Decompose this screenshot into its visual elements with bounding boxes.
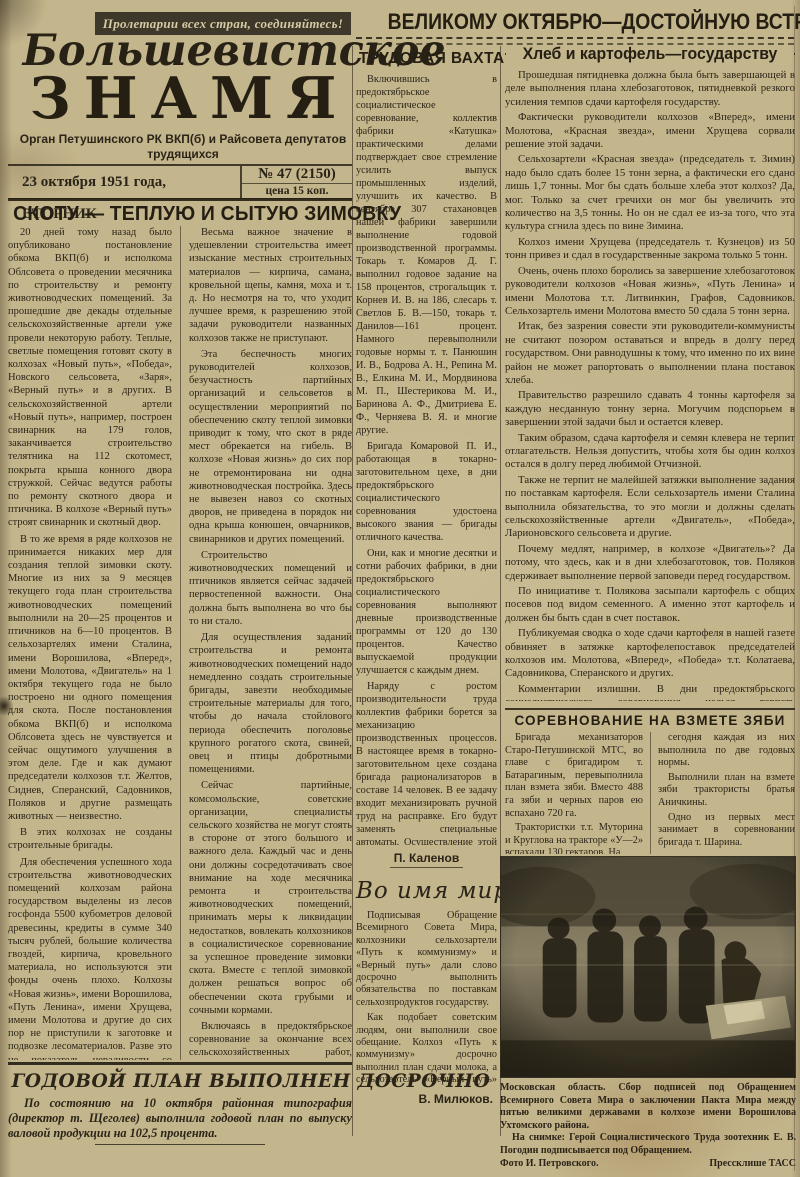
paragraph: Весьма важное значение в удешевлении стр… bbox=[189, 226, 352, 345]
paragraph: Включаясь в предоктябрьское соревнование… bbox=[189, 1020, 352, 1060]
rule-left-middle bbox=[352, 46, 353, 1136]
masthead-main-title: ЗНАМЯ bbox=[16, 70, 350, 128]
sorevnovanie-column-2-text: сегодня каждая из них выполнила по две г… bbox=[658, 732, 795, 849]
mir-body: Подписывая Обращение Всемирного Совета М… bbox=[356, 910, 497, 1086]
photo-credits: Фото И. Петровского. Прессклише ТАСС bbox=[500, 1158, 796, 1171]
paragraph: Выполнили план на взмете зяби тракторист… bbox=[658, 772, 795, 810]
paragraph: Колхоз имени Хрущева (председатель т. Ку… bbox=[505, 236, 795, 263]
paragraph: Почему медлят, например, в колхозе «Двиг… bbox=[505, 543, 795, 583]
dateline: 23 октября 1951 года, ВТОРНИК № 47 (2150… bbox=[8, 164, 352, 199]
paragraph: Сельхозартели «Красная звезда» (председа… bbox=[505, 153, 795, 233]
mir-byline: В. Милюков. bbox=[356, 1092, 497, 1108]
vakhta-byline: П. Каленов bbox=[356, 851, 497, 868]
paragraph: В то же время в ряде колхозов не принима… bbox=[8, 533, 172, 823]
banner-headline-block: ВЕЛИКОМУ ОКТЯБРЮ—ДОСТОЙНУЮ ВСТРЕЧУ! bbox=[356, 9, 794, 45]
paragraph: Правительство разрешило сдавать 4 тонны … bbox=[505, 389, 795, 429]
banner-headline: ВЕЛИКОМУ ОКТЯБРЮ—ДОСТОЙНУЮ ВСТРЕЧУ! bbox=[388, 9, 800, 35]
plan-body: По состоянию на 10 октября районная типо… bbox=[8, 1096, 352, 1141]
sorevnovanie-column-1: Бригада механизаторов Старо-Петушинской … bbox=[505, 732, 650, 854]
issue-price: цена 15 коп. bbox=[242, 184, 352, 198]
paragraph: Для осуществления заданий строительства … bbox=[189, 631, 352, 776]
newspaper-page: Пролетарии всех стран, соединяйтесь! Бол… bbox=[0, 0, 800, 1177]
khleb-body: Прошедшая пятидневка должна была быть за… bbox=[505, 69, 795, 701]
sorevnovanie-columns: Бригада механизаторов Старо-Петушинской … bbox=[505, 732, 795, 854]
headline-khleb: Хлеб и картофель—государству bbox=[523, 44, 778, 64]
plan-body-wrap: По состоянию на 10 октября районная типо… bbox=[8, 1096, 352, 1145]
paragraph: Публикуемая сводка о ходе сдачи картофел… bbox=[505, 627, 795, 681]
paragraph: Также не терпит не малейшей затяжки выпо… bbox=[505, 474, 795, 541]
headline-zimovka: СКОТУ — ТЕПЛУЮ И СЫТУЮ ЗИМОВКУ bbox=[13, 203, 347, 226]
paragraph: В этих колхозах не созданы строительные … bbox=[8, 826, 172, 852]
paragraph: Очень, очень плохо боролись за завершени… bbox=[505, 265, 795, 319]
paragraph: Прошедшая пятидневка должна была быть за… bbox=[505, 69, 795, 109]
photo-caption: Московская область. Сбор подписей под Об… bbox=[500, 1082, 796, 1171]
paragraph: Строительство животноводческих помещений… bbox=[189, 549, 352, 628]
article-sorevnovanie: СОРЕВНОВАНИЕ НА ВЗМЕТЕ ЗЯБИ Бригада меха… bbox=[505, 708, 795, 854]
headline-vakhta: ТРУДОВАЯ ВАХТА bbox=[359, 50, 494, 68]
masthead-rule bbox=[8, 198, 352, 201]
photo-caption-main: Московская область. Сбор подписей под Об… bbox=[500, 1082, 796, 1132]
headline-sorevnovanie: СОРЕВНОВАНИЕ НА ВЗМЕТЕ ЗЯБИ bbox=[505, 713, 795, 728]
article-plan: ГОДОВОЙ ПЛАН ВЫПОЛНЕН ДОСРОЧНО По состоя… bbox=[8, 1062, 352, 1145]
paragraph: Бригада механизаторов Старо-Петушинской … bbox=[505, 732, 643, 820]
vakhta-body: Включившись в предоктябрьское социалисти… bbox=[356, 73, 497, 845]
headline-plan: ГОДОВОЙ ПЛАН ВЫПОЛНЕН ДОСРОЧНО bbox=[11, 1070, 348, 1092]
photo-credit: Фото И. Петровского. bbox=[500, 1158, 598, 1171]
headline-khleb-row: Хлеб и картофель—государству bbox=[505, 44, 795, 64]
news-photo bbox=[500, 856, 796, 1078]
agency-credit: Прессклише ТАСС bbox=[709, 1158, 796, 1171]
paragraph: Одно из первых мест занимает в соревнова… bbox=[658, 812, 795, 850]
paragraph: Включившись в предоктябрьское социалисти… bbox=[356, 73, 497, 437]
headline-mir: Во имя мира bbox=[356, 878, 497, 904]
paragraph: Трактористки т.т. Муторина и Круглова на… bbox=[505, 822, 643, 854]
paragraph: Бригада Комаровой П. И., работающая в то… bbox=[356, 440, 497, 544]
paragraph: Фактически руководители колхозов «Вперед… bbox=[505, 111, 795, 151]
paragraph: Наряду с ростом производительности труда… bbox=[356, 680, 497, 845]
issue-number: № 47 (2150) bbox=[242, 166, 352, 184]
article-khleb: Хлеб и картофель—государству Прошедшая п… bbox=[505, 44, 795, 701]
middle-column: ТРУДОВАЯ ВАХТА Включившись в предоктябрь… bbox=[356, 50, 497, 1108]
date-text: 23 октября 1951 года, ВТОРНИК bbox=[8, 166, 240, 198]
paragraph: сегодня каждая из них выполнила по две г… bbox=[658, 732, 795, 770]
paragraph: Подписывая Обращение Всемирного Совета М… bbox=[356, 910, 497, 1009]
rule-middle-right bbox=[500, 46, 501, 1136]
paragraph: Сейчас партийные, комсомольские, советск… bbox=[189, 779, 352, 1017]
paragraph: Они, как и многие десятки и сотни рабочи… bbox=[356, 547, 497, 677]
rule-page-edge bbox=[794, 6, 795, 1171]
news-photo-art bbox=[501, 857, 795, 1077]
issue-cell: № 47 (2150) цена 15 коп. bbox=[242, 166, 352, 198]
paragraph: Для обеспечения успешного хода строитель… bbox=[8, 856, 172, 1060]
paragraph: 20 дней тому назад было опубликовано пос… bbox=[8, 226, 172, 530]
sorevnovanie-column-2: сегодня каждая из них выполнила по две г… bbox=[650, 732, 795, 854]
zimovka-column-1: 20 дней тому назад было опубликовано пос… bbox=[8, 226, 180, 1060]
photo-caption-detail: На снимке: Герой Социалистического Труда… bbox=[500, 1132, 796, 1157]
paragraph: Эта беспечность многих руководителей кол… bbox=[189, 348, 352, 546]
headline-dash-left bbox=[505, 53, 506, 55]
paragraph: Комментарии излишни. В дни предоктябрьск… bbox=[505, 683, 795, 701]
paragraph: Итак, без зазрения совести эти руководит… bbox=[505, 320, 795, 387]
paragraph: Как подобает советским людям, они выполн… bbox=[356, 1012, 497, 1086]
paragraph: По инициативе т. Полякова засыпали карто… bbox=[505, 585, 795, 625]
paragraph: Таким образом, сдача картофеля и семян к… bbox=[505, 432, 795, 472]
article-zimovka: 20 дней тому назад было опубликовано пос… bbox=[8, 226, 352, 1060]
masthead-organ-line: Орган Петушинского РК ВКП(б) и Райсовета… bbox=[18, 132, 348, 162]
zimovka-column-2: Весьма важное значение в удешевлении стр… bbox=[180, 226, 352, 1060]
